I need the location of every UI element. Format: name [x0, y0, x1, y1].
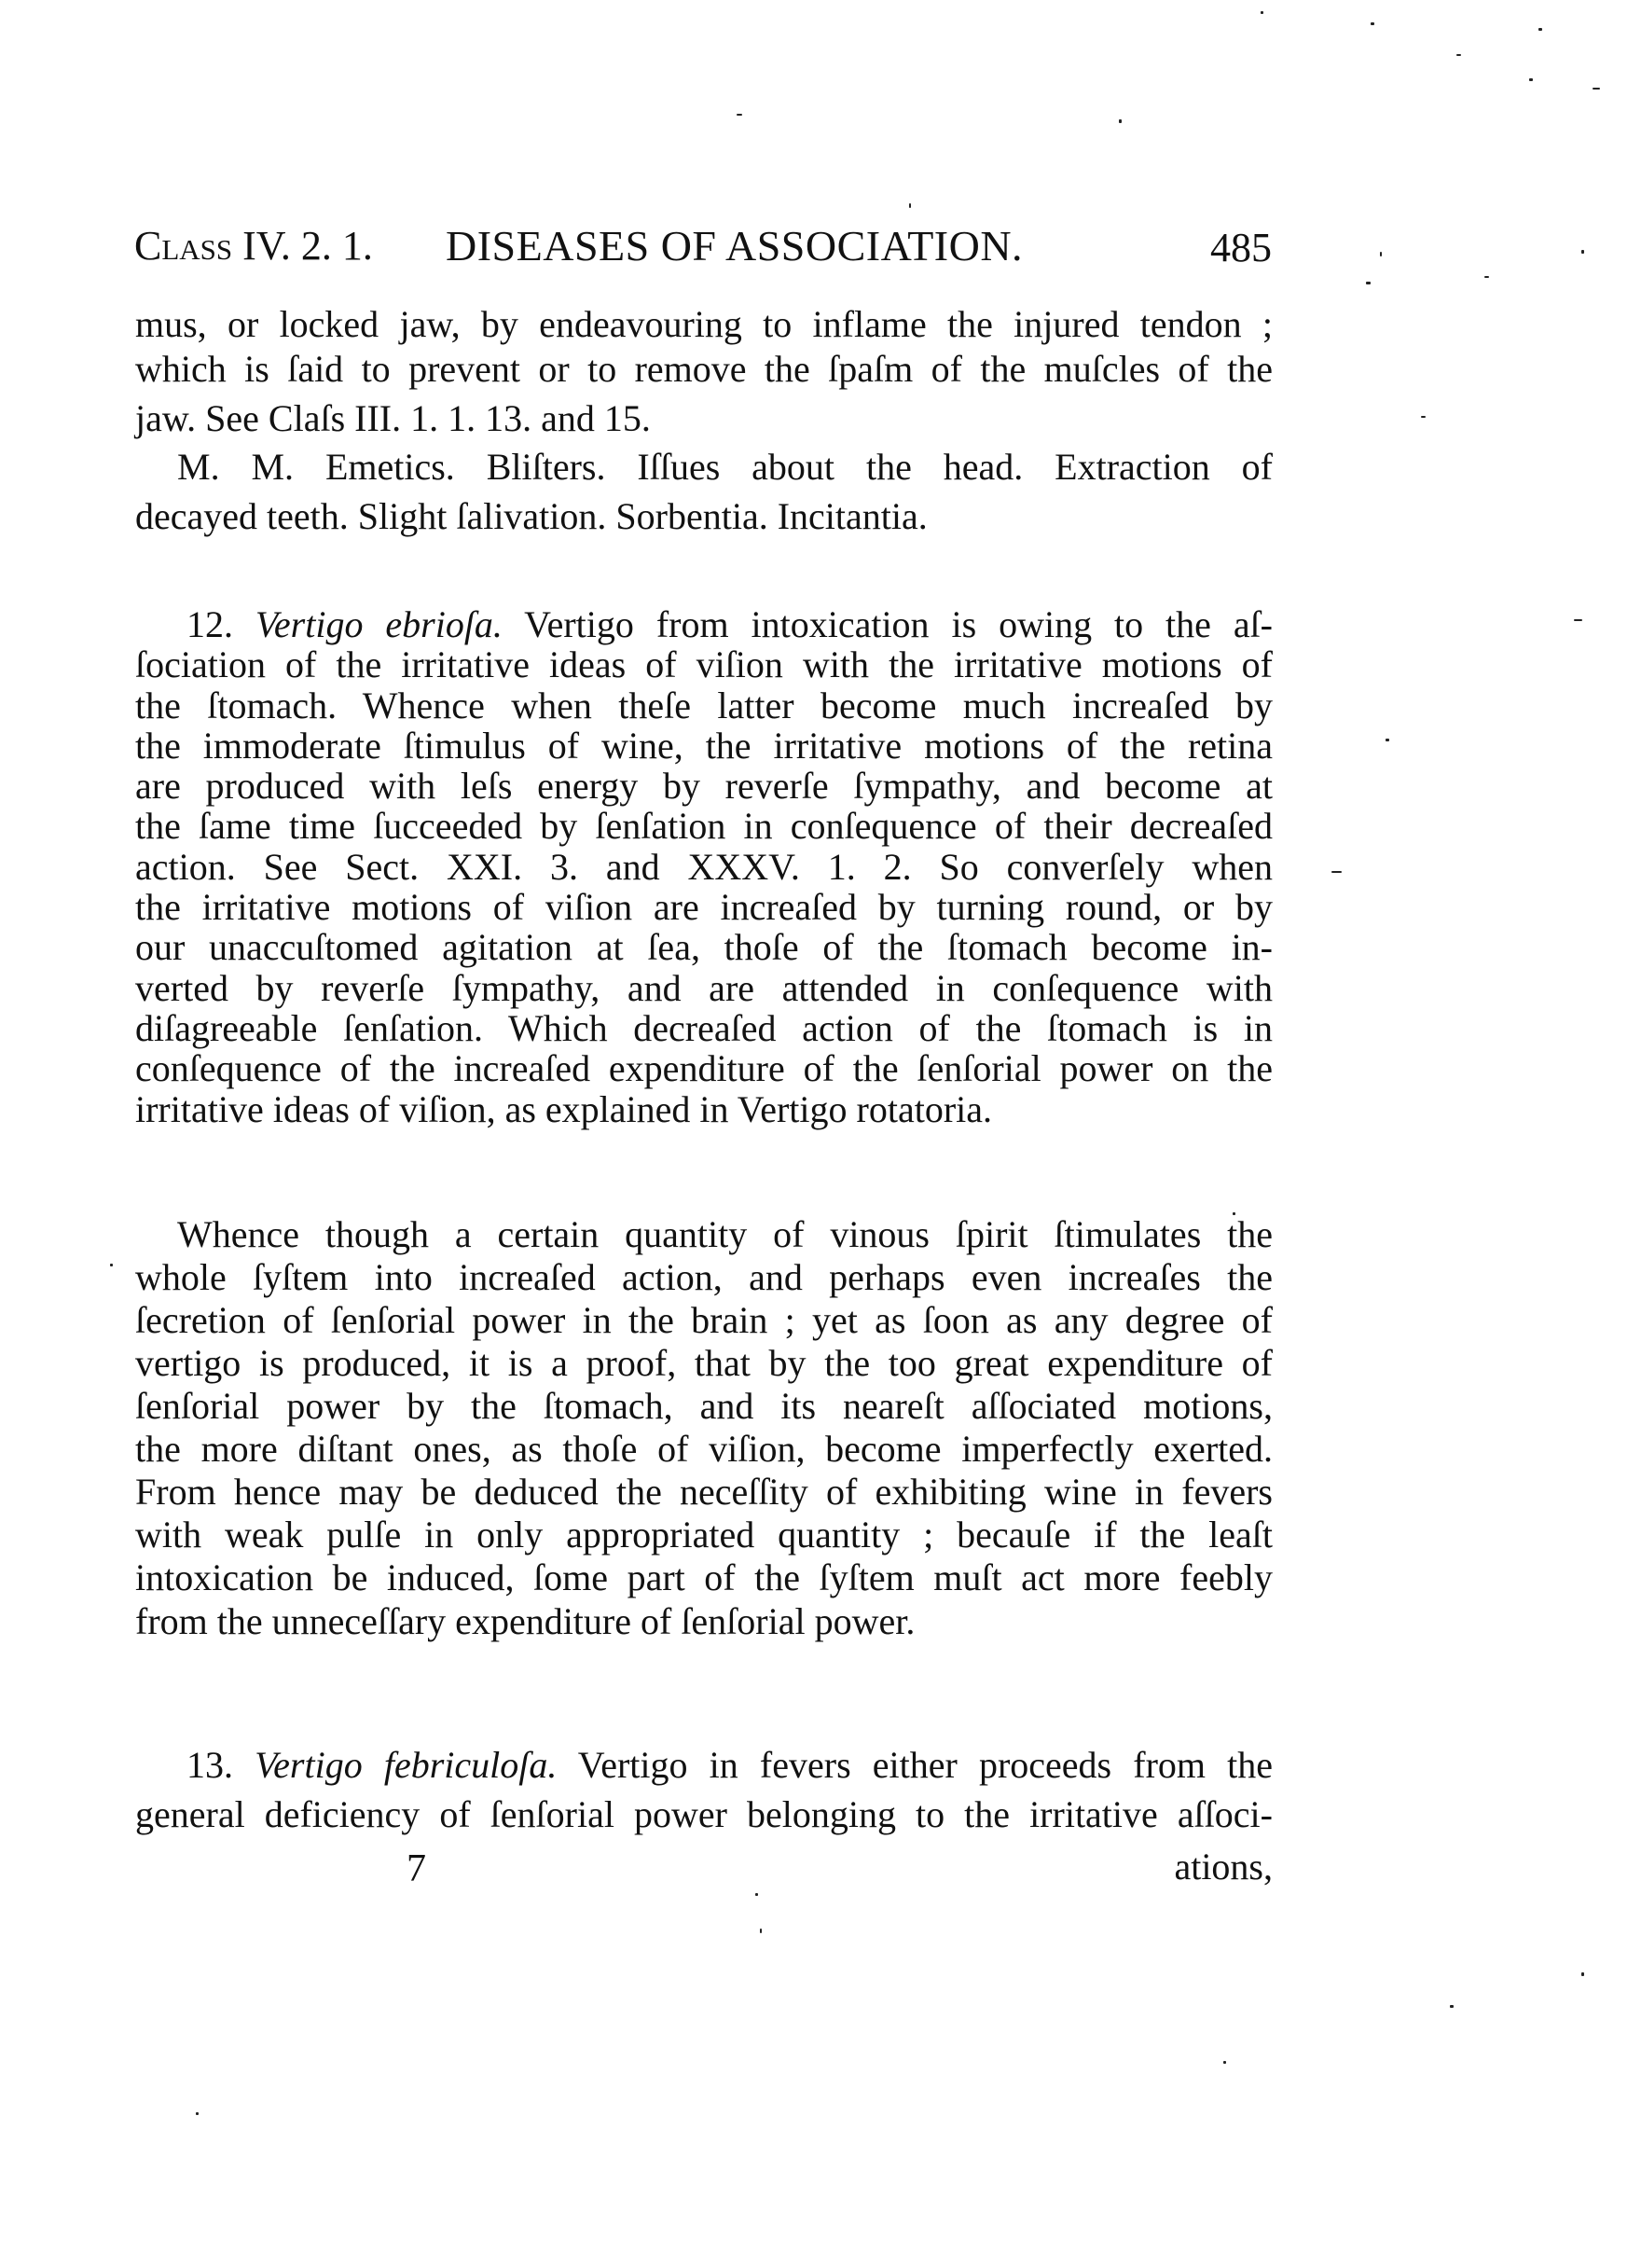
- text-line: vertigo is produced, it is a proof, that…: [135, 1339, 1273, 1388]
- speck: [1484, 276, 1489, 278]
- section-title: Vertigo ebrioſa.: [255, 603, 503, 645]
- speck: [1119, 119, 1122, 123]
- page-number: 485: [1210, 222, 1272, 274]
- text-line: mus, or locked jaw, by endeavouring to i…: [135, 300, 1273, 349]
- text-run: Vertigo from intoxication is owing to th…: [524, 603, 1273, 645]
- speck: [1529, 78, 1533, 81]
- speck: [1421, 416, 1426, 418]
- speck: [1331, 871, 1342, 873]
- speck: [1386, 739, 1389, 741]
- text-line: from the unneceſſary expenditure of ſenſ…: [135, 1597, 1273, 1646]
- signature-mark: 7: [407, 1845, 426, 1893]
- section-title: Vertigo febriculoſa.: [255, 1744, 557, 1786]
- text-run: Vertigo in fevers either proceeds from t…: [578, 1744, 1273, 1786]
- text-line: ſenſorial power by the ſtomach, and its …: [135, 1382, 1273, 1431]
- speck: [755, 1893, 758, 1896]
- speck: [1574, 619, 1582, 621]
- speck: [110, 1264, 113, 1266]
- section-heading-line: 13. Vertigo febriculoſa. Vertigo in feve…: [186, 1741, 1273, 1790]
- text-line: which is ſaid to prevent or to remove th…: [135, 345, 1273, 394]
- speck: [737, 114, 742, 116]
- text-line: with weak pulſe in only appropriated qua…: [135, 1511, 1273, 1559]
- running-head-title: DISEASES OF ASSOCIATION.: [446, 220, 1023, 272]
- book-page: Class IV. 2. 1. DISEASES OF ASSOCIATION.…: [0, 0, 1641, 2268]
- speck: [1593, 88, 1600, 90]
- speck: [1223, 2061, 1226, 2064]
- text-line: ſecretion of ſenſorial power in the brai…: [135, 1296, 1273, 1345]
- speck: [1581, 250, 1584, 254]
- text-line: intoxication be induced, ſome part of th…: [135, 1554, 1273, 1602]
- speck: [1366, 282, 1371, 284]
- speck: [1456, 54, 1461, 56]
- running-head-class-reference: Class IV. 2. 1.: [134, 220, 373, 272]
- speck: [1581, 1972, 1584, 1976]
- speck: [1450, 2005, 1454, 2008]
- text-line: decayed teeth. Slight ſalivation. Sorben…: [135, 492, 1273, 541]
- text-line: the more diſtant ones, as thoſe of viſio…: [135, 1425, 1273, 1473]
- speck: [909, 203, 911, 208]
- section-number: 12.: [186, 603, 233, 645]
- text-line: Whence though a certain quantity of vino…: [177, 1210, 1273, 1259]
- speck: [1371, 22, 1374, 25]
- text-line: whole ſyſtem into increaſed action, and …: [135, 1253, 1273, 1302]
- speck: [1380, 252, 1382, 256]
- text-line: irritative ideas of viſion, as explained…: [135, 1086, 1273, 1134]
- text-line: jaw. See Claſs III. 1. 1. 13. and 15.: [135, 394, 1273, 443]
- speck: [1261, 11, 1263, 14]
- text-line: M. M. Emetics. Bliſters. Iſſues about th…: [177, 443, 1273, 491]
- speck: [1233, 1212, 1235, 1215]
- text-line: general deficiency of ſenſorial power be…: [135, 1791, 1273, 1839]
- speck: [1538, 28, 1542, 31]
- section-number: 13.: [186, 1744, 233, 1786]
- text-line: From hence may be deduced the neceſſity …: [135, 1468, 1273, 1516]
- speck: [196, 2112, 199, 2115]
- catchword: ations,: [1174, 1843, 1273, 1891]
- speck: [760, 1929, 762, 1933]
